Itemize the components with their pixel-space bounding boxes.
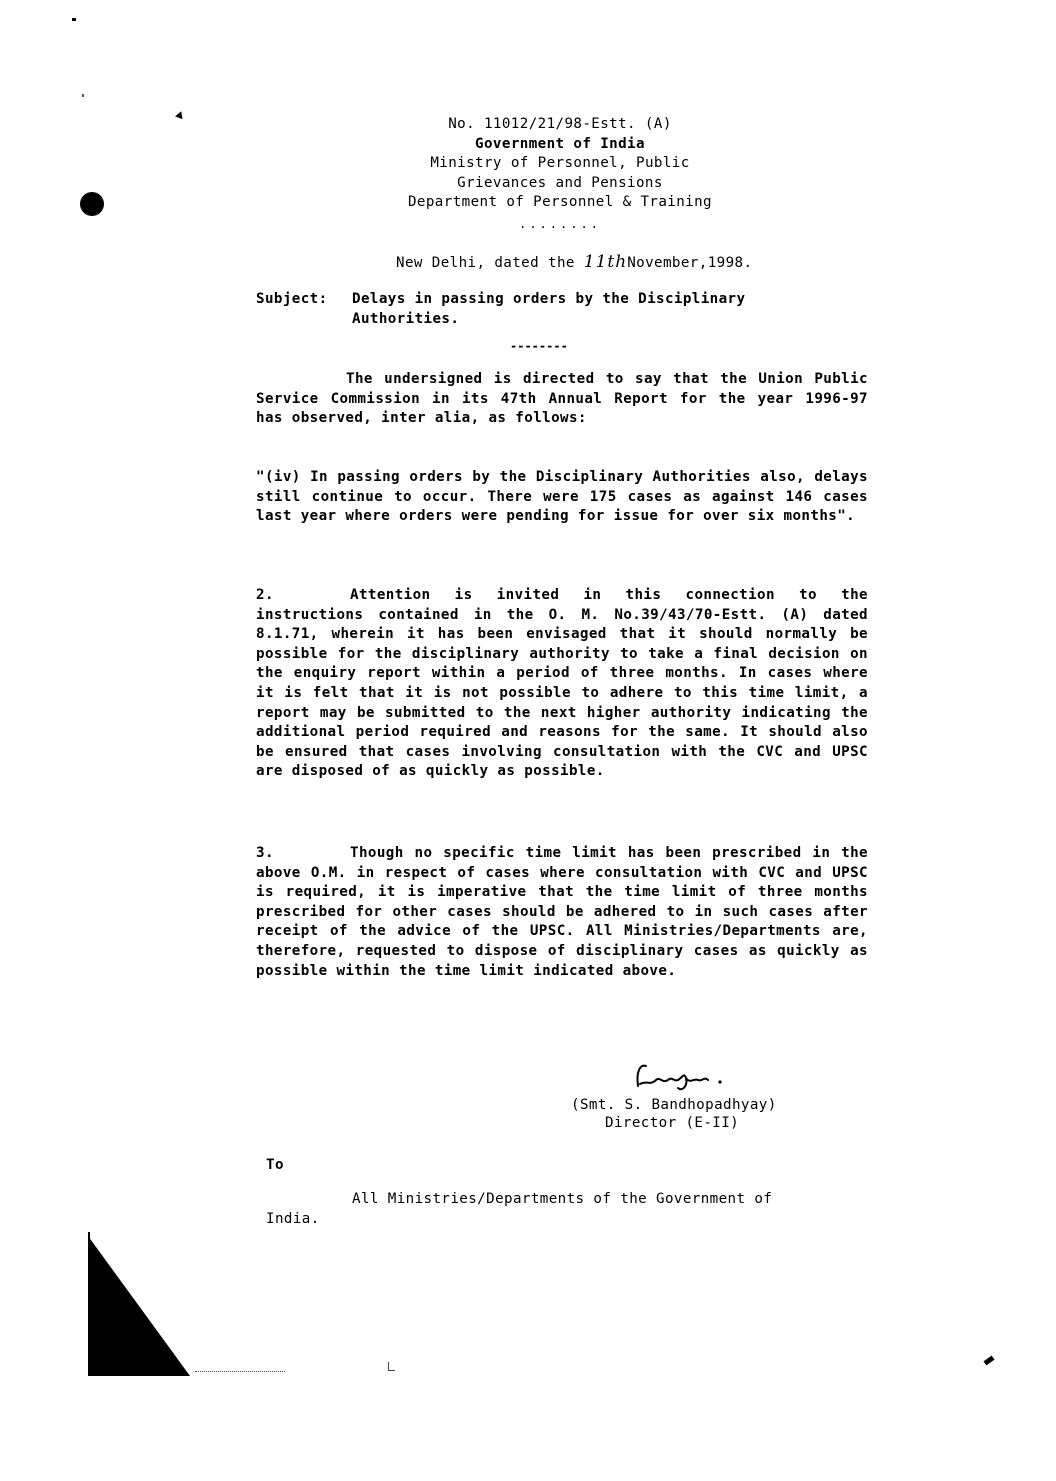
scan-speck xyxy=(388,1362,395,1371)
handwritten-day: 11th xyxy=(584,252,627,272)
scan-speck xyxy=(72,18,76,21)
addressee: All Ministries/Departments of the Govern… xyxy=(266,1190,876,1229)
paragraph-3-text: Though no specific time limit has been p… xyxy=(256,845,868,979)
file-number: No. 11012/21/98-Estt. (A) xyxy=(300,115,820,135)
scan-speck xyxy=(82,94,84,97)
dateline-suffix: November,1998. xyxy=(627,255,752,271)
paragraph-3-number: 3. xyxy=(256,844,350,864)
scan-speck xyxy=(175,110,185,119)
ministry-line-1: Ministry of Personnel, Public xyxy=(300,154,820,174)
subject-line-2: Authorities. xyxy=(256,310,876,330)
department-name: Department of Personnel & Training xyxy=(300,193,820,213)
handwritten-signature xyxy=(632,1058,772,1094)
addressee-line-2: India. xyxy=(266,1210,876,1230)
scanned-page: No. 11012/21/98-Estt. (A) Government of … xyxy=(0,0,1056,1481)
paragraph-1-text: The undersigned is directed to say that … xyxy=(256,371,868,426)
ministry-line-2: Grievances and Pensions xyxy=(300,174,820,194)
signatory-designation: Director (E-II) xyxy=(605,1115,739,1131)
paragraph-1: The undersigned is directed to say that … xyxy=(256,370,868,429)
paragraph-2: 2.Attention is invited in this connectio… xyxy=(256,586,868,782)
to-label: To xyxy=(266,1157,284,1173)
subject-label: Subject: xyxy=(256,290,352,310)
quoted-observation: "(iv) In passing orders by the Disciplin… xyxy=(256,468,868,527)
quoted-observation-text: "(iv) In passing orders by the Disciplin… xyxy=(256,469,868,524)
scan-speck xyxy=(983,1356,994,1366)
letterhead: No. 11012/21/98-Estt. (A) Government of … xyxy=(300,115,820,234)
signatory-name: (Smt. S. Bandhopadhyay) xyxy=(571,1096,777,1115)
subject-block: Subject:Delays in passing orders by the … xyxy=(256,290,876,329)
folded-corner-shadow xyxy=(88,1236,190,1376)
paragraph-2-number: 2. xyxy=(256,586,350,606)
dateline-prefix: New Delhi, dated the xyxy=(396,255,575,271)
header-separator: ........ xyxy=(300,215,820,235)
government-name: Government of India xyxy=(300,135,820,155)
addressee-line-1: All Ministries/Departments of the Govern… xyxy=(266,1190,876,1210)
paragraph-2-text: Attention is invited in this connection … xyxy=(256,587,868,779)
dateline: New Delhi, dated the 11thNovember,1998. xyxy=(396,252,752,272)
subject-rule: -------- xyxy=(510,337,568,357)
subject-line-1: Delays in passing orders by the Discipli… xyxy=(352,291,745,307)
punch-hole-mark xyxy=(80,192,104,216)
paragraph-3: 3.Though no specific time limit has been… xyxy=(256,844,868,981)
scan-noise xyxy=(195,1371,285,1373)
